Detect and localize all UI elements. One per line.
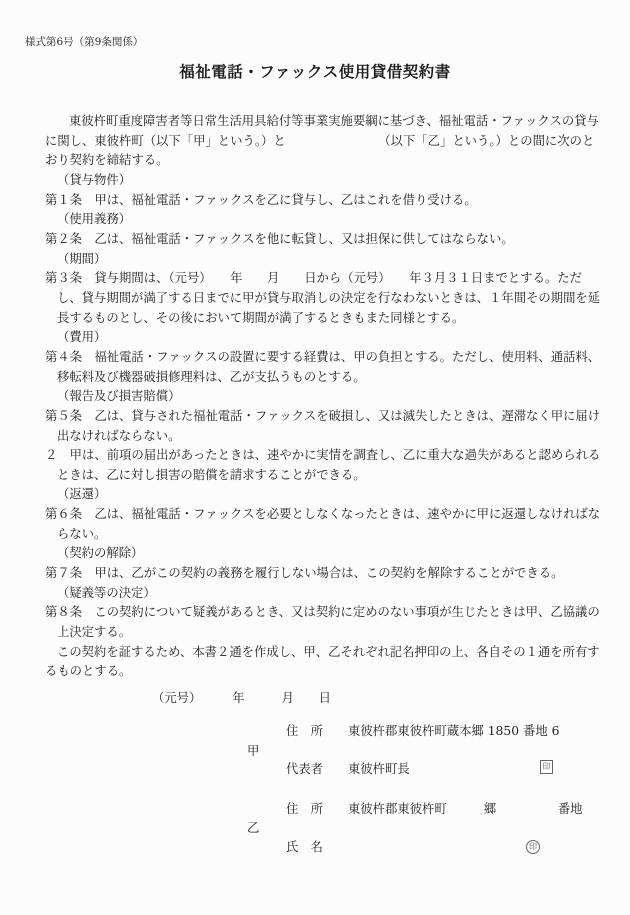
document-line: 第８条 この契約について疑義があるとき、又は契約に定めのない事項が生じたときは甲… [45, 603, 620, 623]
party-a-representative-value: 東彼杵町長 [348, 762, 410, 776]
document-line: （期間） [45, 250, 620, 270]
contract-document-page: 様式第6号（第9条関係） 福祉電話・ファックス使用貸借契約書 東彼杵町重度障害者… [0, 0, 630, 915]
form-number: 様式第6号（第9条関係） [25, 35, 143, 49]
document-title: 福祉電話・ファックス使用貸借契約書 [0, 62, 630, 81]
document-body: 東彼杵町重度障害者等日常生活用具給付等事業実施要綱に基づき、福祉電話・ファックス… [45, 112, 620, 682]
party-b-name-label: 氏 名 [286, 840, 323, 854]
party-a-address-label: 住 所 [286, 724, 323, 738]
document-line: ときは、乙に対し損害の賠償を請求することができる。 [45, 466, 620, 486]
document-line: （返還） [45, 485, 620, 505]
document-line: （契約の解除） [45, 544, 620, 564]
document-line: 東彼杵町重度障害者等日常生活用具給付等事業実施要綱に基づき、福祉電話・ファックス… [45, 112, 620, 132]
document-line: し、貸与期間が満了する日までに甲が貸与取消しの決定を行なわないときは、１年間その… [45, 289, 620, 309]
party-a-label: 甲 [247, 744, 259, 758]
document-line: 第６条 乙は、福祉電話・ファックスを必要としなくなったときは、速やかに甲に返還し… [45, 505, 620, 525]
document-line: おり契約を締結する。 [45, 151, 620, 171]
document-line: 上決定する。 [45, 623, 620, 643]
document-line: 出なければならない。 [45, 427, 620, 447]
document-line: ２ 甲は、前項の届出があったときは、速やかに実情を調査し、乙に重大な過失があると… [45, 446, 620, 466]
party-b-seal-icon: 印 [526, 840, 540, 854]
party-b-address-value: 東彼杵郡東彼杵町 郷 番地 [348, 802, 583, 816]
document-line: 第４条 福祉電話・ファックスの設置に要する経費は、甲の負担とする。ただし、使用料… [45, 348, 620, 368]
document-line: 長するものとし、その後において期間が満了するときもまた同様とする。 [45, 309, 620, 329]
document-line: （費用） [45, 328, 620, 348]
party-b-address-label: 住 所 [286, 802, 323, 816]
document-line: 第７条 甲は、乙がこの契約の義務を履行しない場合は、この契約を解除することができ… [45, 564, 620, 584]
document-line: （貸与物件） [45, 171, 620, 191]
document-line: 移転料及び機器破損修理料は、乙が支払うものとする。 [45, 368, 620, 388]
party-a-address-value: 東彼杵郡東彼杵町蔵本郷 1850 番地 6 [348, 724, 560, 738]
party-a-representative-label: 代表者 [286, 762, 323, 776]
party-a-seal-icon: 印 [540, 760, 553, 774]
party-b-label: 乙 [247, 821, 259, 835]
document-line: （疑義等の決定） [45, 584, 620, 604]
document-line: らない。 [45, 525, 620, 545]
document-line: 第２条 乙は、福祉電話・ファックスを他に転貸し、又は担保に供してはならない。 [45, 230, 620, 250]
document-line: （使用義務） [45, 210, 620, 230]
document-line: 第１条 甲は、福祉電話・ファックスを乙に貸与し、乙はこれを借り受ける。 [45, 191, 620, 211]
document-line: るものとする。 [45, 662, 620, 682]
document-line: この契約を証するため、本書２通を作成し、甲、乙それぞれ記名押印の上、各自その１通… [45, 643, 620, 663]
contract-date-line: （元号） 年 月 日 [152, 691, 331, 705]
document-line: 第３条 貸与期間は、（元号） 年 月 日から（元号） 年３月３１日までとする。た… [45, 269, 620, 289]
document-line: 第５条 乙は、貸与された福祉電話・ファックスを破損し、又は滅失したときは、遅滞な… [45, 407, 620, 427]
document-line: （報告及び損害賠償） [45, 387, 620, 407]
document-line: に関し、東彼杵町（以下「甲」という。）と （以下「乙」という。）との間に次のと [45, 132, 620, 152]
